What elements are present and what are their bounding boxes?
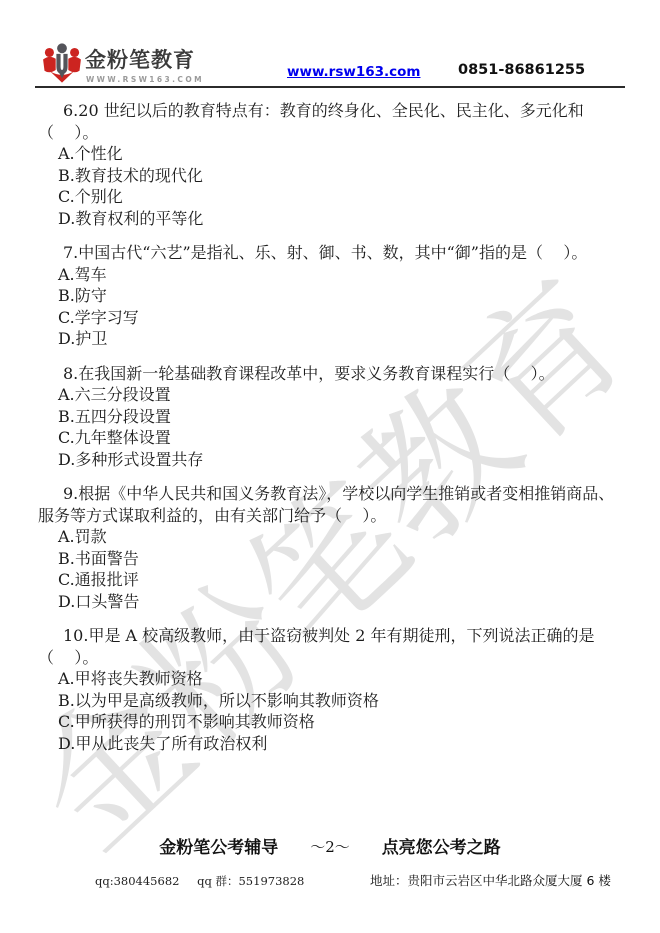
option-c: C.九年整体设置 (38, 427, 624, 449)
brand-name: 金粉笔教育 (85, 44, 195, 74)
question-block-6: 6.20 世纪以后的教育特点有：教育的终身化、全民化、民主化、多元化和（ ）。 … (38, 100, 624, 229)
qq-number: qq:380445682 (95, 874, 179, 888)
phone-number: 0851-86861255 (458, 62, 585, 78)
question-text: 6.20 世纪以后的教育特点有：教育的终身化、全民化、民主化、多元化和（ ）。 (38, 100, 624, 143)
question-block-8: 8.在我国新一轮基础教育课程改革中，要求义务教育课程实行（ ）。 A.六三分段设… (38, 363, 624, 471)
footer-contact: qq:380445682 qq 群：551973828 地址：贵阳市云岩区中华北… (0, 871, 660, 891)
option-a: A.个性化 (38, 143, 624, 165)
option-a: A.六三分段设置 (38, 384, 624, 406)
option-a: A.甲将丧失教师资格 (38, 668, 624, 690)
question-text: 9.根据《中华人民共和国义务教育法》，学校以向学生推销或者变相推销商品、服务等方… (38, 483, 624, 526)
option-a: A.罚款 (38, 526, 624, 548)
question-text: 7.中国古代“六艺”是指礼、乐、射、御、书、数，其中“御”指的是（ ）。 (38, 242, 624, 264)
question-block-7: 7.中国古代“六艺”是指礼、乐、射、御、书、数，其中“御”指的是（ ）。 A.驾… (38, 242, 624, 350)
option-b: B.书面警告 (38, 548, 624, 570)
option-d: D.甲从此丧失了所有政治权利 (38, 733, 624, 755)
option-b: B.防守 (38, 285, 624, 307)
question-block-10: 10.甲是 A 校高级教师，由于盗窃被判处 2 年有期徒刑，下列说法正确的是（ … (38, 625, 624, 754)
option-c: C.通报批评 (38, 569, 624, 591)
footer-brand-text: 金粉笔公考辅导 (159, 838, 278, 858)
company-address: 地址：贵阳市云岩区中华北路众厦大厦 6 楼 (370, 871, 611, 889)
question-block-9: 9.根据《中华人民共和国义务教育法》，学校以向学生推销或者变相推销商品、服务等方… (38, 483, 624, 612)
option-c: C.个别化 (38, 186, 624, 208)
option-d: D.护卫 (38, 328, 624, 350)
option-b: B.教育技术的现代化 (38, 165, 624, 187)
option-d: D.口头警告 (38, 591, 624, 613)
option-c: C.甲所获得的刑罚不影响其教师资格 (38, 711, 624, 733)
option-b: B.五四分段设置 (38, 406, 624, 428)
option-b: B.以为甲是高级教师，所以不影响其教师资格 (38, 690, 624, 712)
page-header: 金粉笔教育 WWW.RSW163.COM www.rsw163.com 0851… (0, 0, 660, 95)
option-d: D.教育权利的平等化 (38, 208, 624, 230)
question-list: 6.20 世纪以后的教育特点有：教育的终身化、全民化、民主化、多元化和（ ）。 … (38, 100, 624, 754)
footer-tagline: 金粉笔公考辅导 ～2～ 点亮您公考之路 (0, 833, 660, 858)
brand-logo-icon (41, 42, 83, 84)
option-a: A.驾车 (38, 264, 624, 286)
qq-group-number: qq 群：551973828 (197, 874, 304, 888)
option-c: C.学字习写 (38, 307, 624, 329)
question-text: 10.甲是 A 校高级教师，由于盗窃被判处 2 年有期徒刑，下列说法正确的是（ … (38, 625, 624, 668)
footer-slogan-text: 点亮您公考之路 (382, 838, 501, 858)
qq-contact-line: qq:380445682 qq 群：551973828 (95, 873, 304, 889)
header-divider (35, 86, 625, 88)
page-number: ～2～ (310, 838, 350, 856)
website-link[interactable]: www.rsw163.com (287, 64, 421, 80)
option-d: D.多种形式设置共存 (38, 449, 624, 471)
question-text: 8.在我国新一轮基础教育课程改革中，要求义务教育课程实行（ ）。 (38, 363, 624, 385)
brand-site-caption: WWW.RSW163.COM (86, 75, 204, 84)
